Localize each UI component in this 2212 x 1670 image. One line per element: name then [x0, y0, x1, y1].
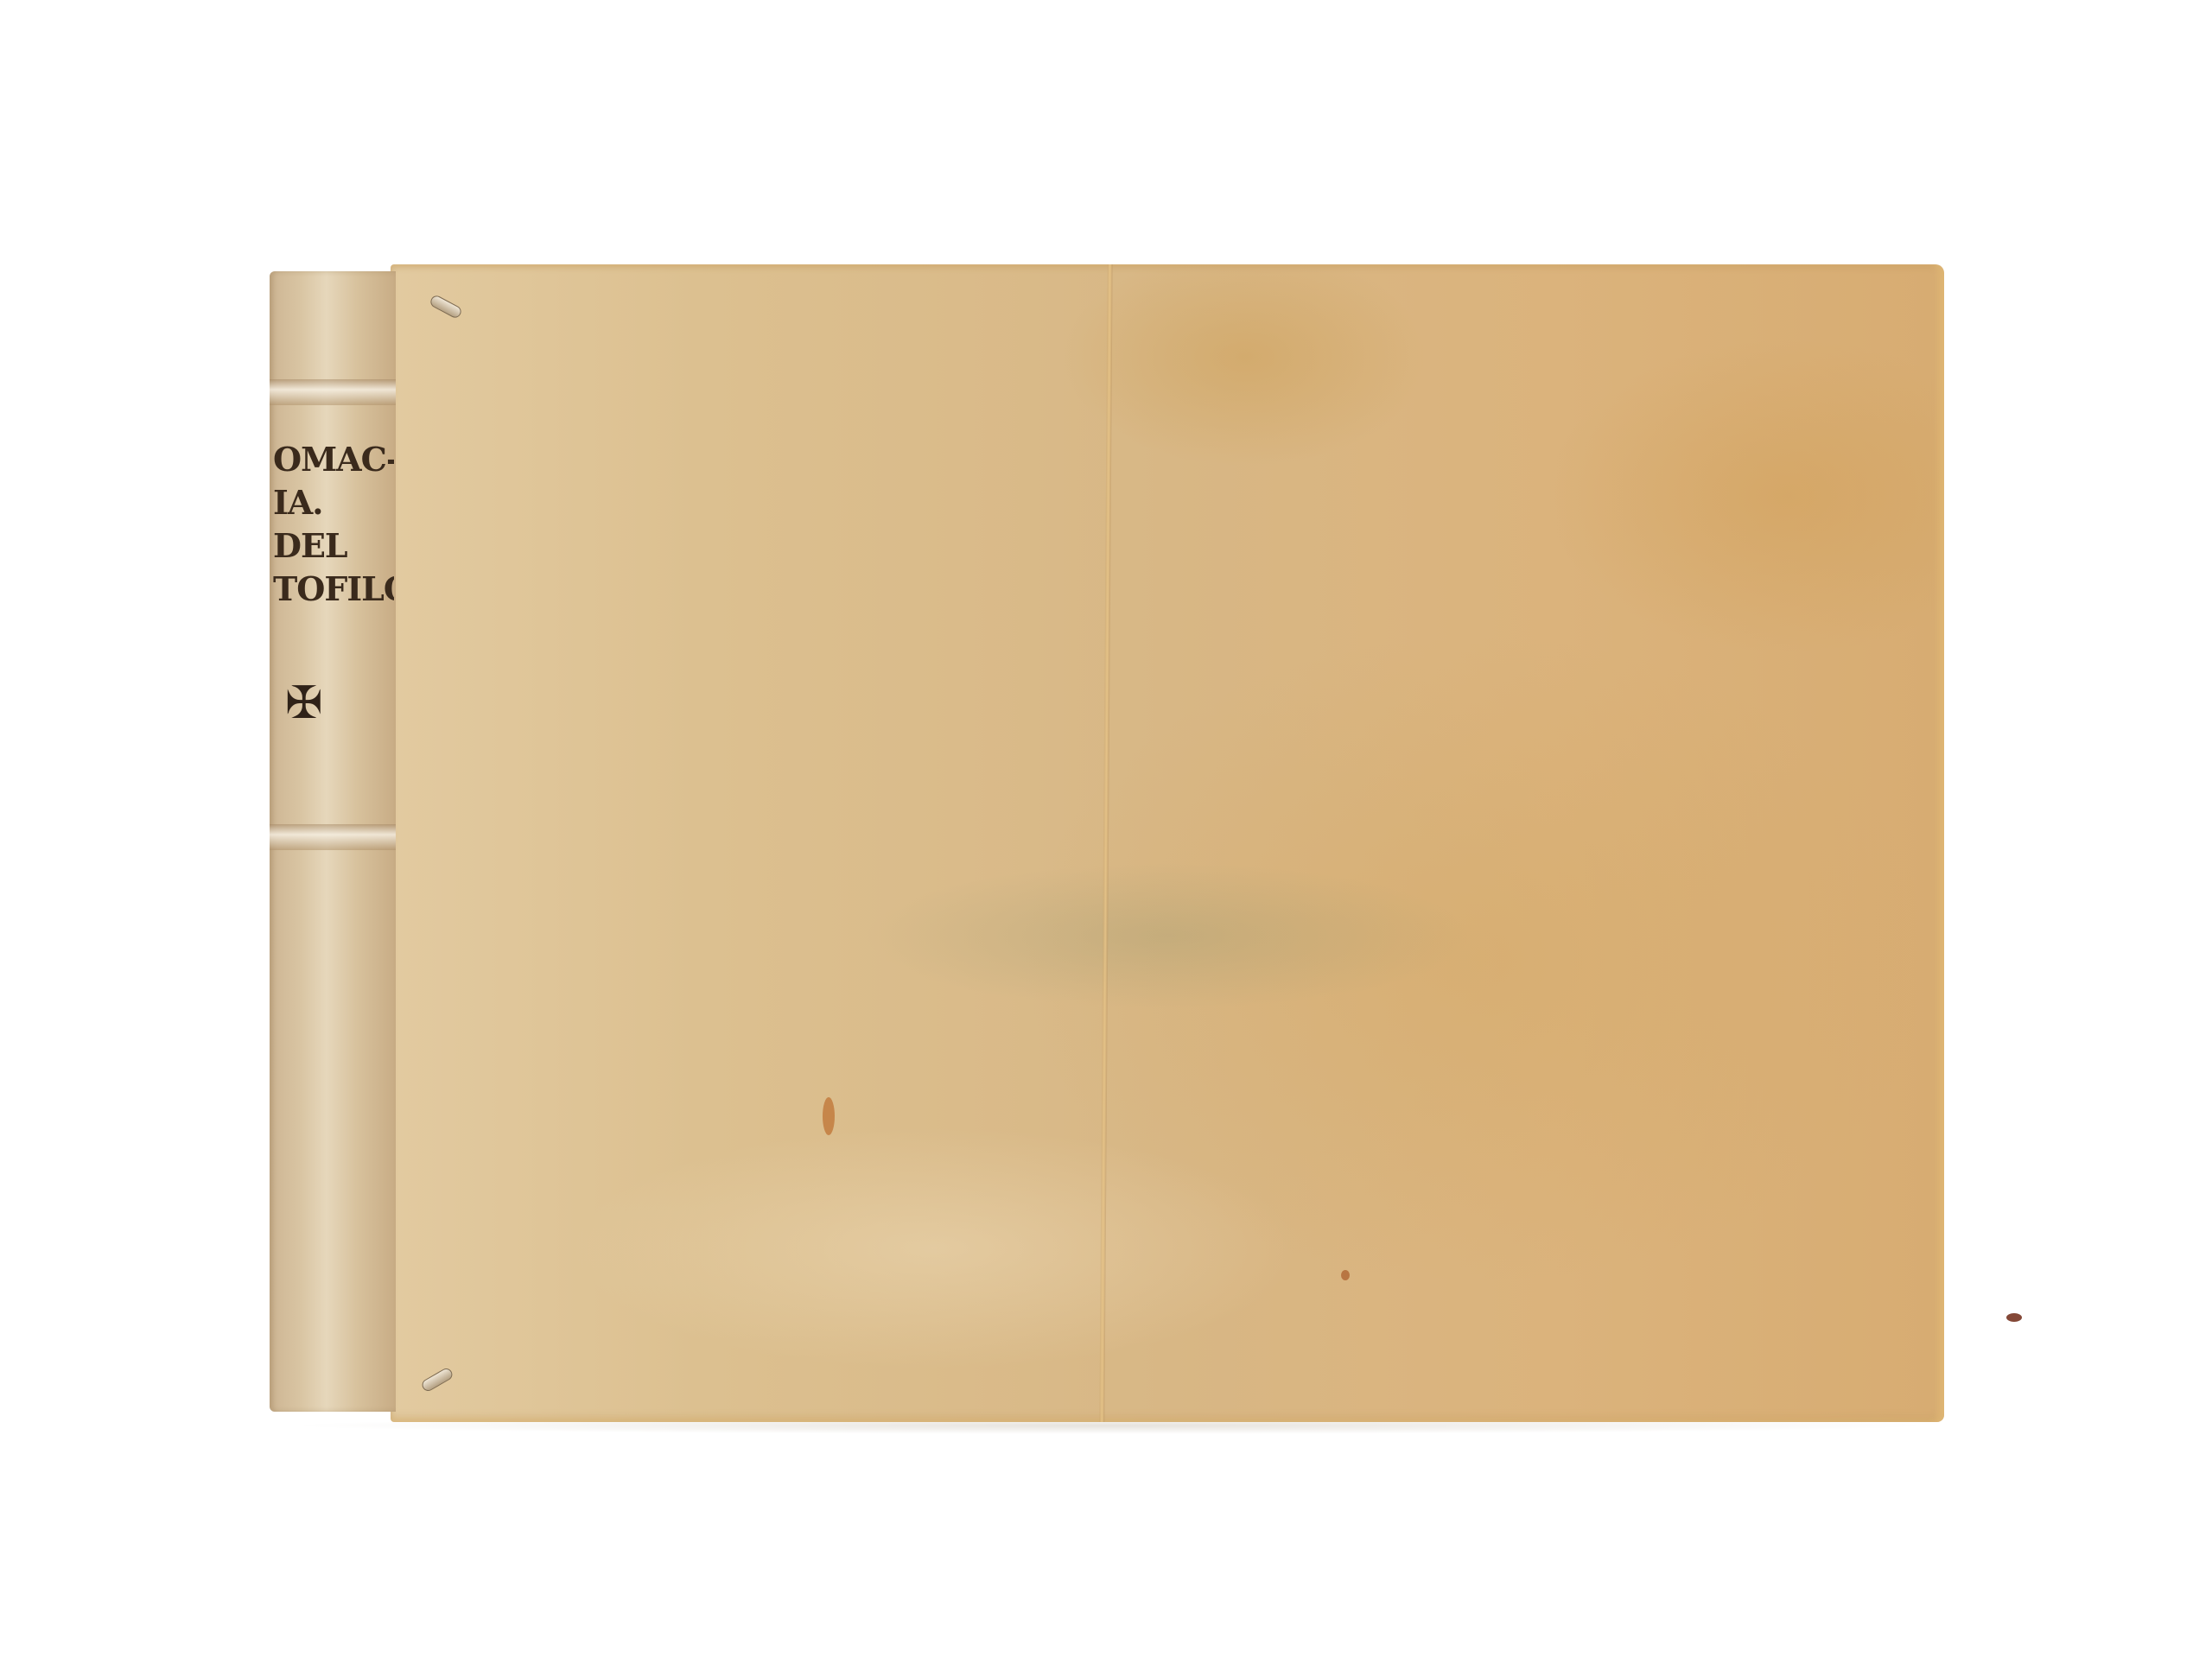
- spine-band: [270, 379, 396, 405]
- book-spine: OMAC- IA. DEL TOFILO ✠: [270, 271, 396, 1412]
- spine-title-line: IA.: [273, 481, 394, 524]
- spine-title-line: TOFILO: [273, 568, 394, 611]
- cover-stain: [1341, 1270, 1350, 1280]
- spine-title: OMAC- IA. DEL TOFILO: [273, 438, 394, 611]
- front-cover: [391, 264, 1944, 1422]
- spine-band: [270, 824, 396, 850]
- spine-title-line: DEL: [273, 524, 394, 568]
- cover-stain: [823, 1097, 835, 1135]
- spine-title-line: OMAC-: [273, 438, 394, 481]
- spine-ink-mark: ✠: [285, 677, 323, 729]
- book: OMAC- IA. DEL TOFILO ✠: [270, 259, 1944, 1426]
- cover-stain: [2006, 1313, 2022, 1322]
